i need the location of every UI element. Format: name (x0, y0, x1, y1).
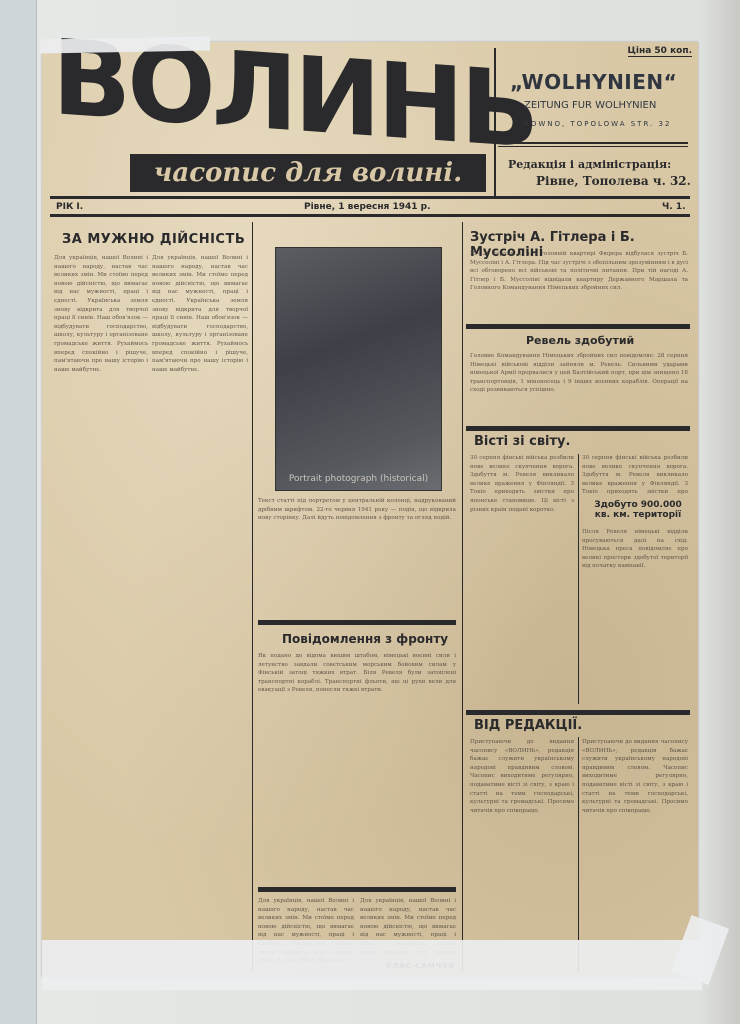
price-label: Ціна 50 коп. (628, 46, 692, 57)
portrait-photo: Portrait photograph (historical) (275, 247, 442, 491)
rule (498, 146, 688, 147)
territory-headline: Здобуто 900.000 кв. км. території (590, 500, 686, 520)
rule (258, 887, 456, 892)
binder-edge (0, 0, 37, 1024)
newspaper-subtitle: часопис для волині. (130, 154, 486, 192)
column-divider (252, 222, 253, 972)
column-divider (462, 222, 463, 972)
german-subtitle: ZEITUNG FUR WOLHYNIEN (524, 100, 656, 111)
lead-text-col2: Для українців, нашої Волині і нашого нар… (152, 254, 248, 974)
front-headline: Повідомлення з фронту (282, 632, 448, 646)
center-article-text: Текст статті під портретом у центральній… (258, 497, 456, 617)
editorial-text-col2: Приступаючи до видання часопису «ВОЛИНЬ»… (582, 738, 688, 972)
dateline-rule-top (50, 196, 690, 199)
editorial-label: Редакція і адміністрація: (508, 158, 671, 171)
revel-headline: Ревель здобутий (526, 334, 634, 347)
lead-headline: ЗА МУЖНЮ ДІЙСНІСТЬ (62, 232, 245, 247)
column-divider (578, 737, 579, 972)
revel-text: Головне Командування Німецьких збройних … (470, 352, 688, 422)
rule (498, 142, 688, 144)
editorial-address: Рівне, Тополева ч. 32. (536, 174, 691, 188)
front-text: Як подано до відома вищим штабом, німець… (258, 652, 456, 882)
world-text: 30 серпня фінські війська розбили нове в… (470, 454, 574, 704)
rule (258, 620, 456, 625)
world-text-cont: 30 серпня фінські війська розбили нове в… (582, 454, 688, 494)
dateline-rule-bottom (50, 214, 690, 217)
german-address: ROWNO, TOPOLOWA STR. 32 (524, 120, 671, 128)
territory-text: Після Ревеля німецькі відділи просувають… (582, 528, 688, 708)
rule (466, 426, 690, 431)
place-date: Рівне, 1 вересня 1941 р. (304, 202, 431, 212)
year-label: РІК І. (56, 202, 83, 212)
issue-number: Ч. 1. (662, 202, 686, 212)
world-headline: Вісті зі світу. (474, 434, 570, 449)
tape-strip (42, 940, 702, 990)
newspaper-page: ВОЛИНЬ часопис для волині. Ціна 50 коп. … (42, 42, 698, 977)
masthead: ВОЛИНЬ часопис для волині. (52, 48, 492, 196)
editorial-text-col1: Приступаючи до видання часопису «ВОЛИНЬ»… (470, 738, 574, 972)
lead-text-col1: Для українців, нашої Волині і нашого нар… (54, 254, 148, 974)
rule (466, 710, 690, 715)
german-title: „WOLHYNIEN“ (510, 70, 677, 94)
portrait-caption: Portrait photograph (historical) (283, 468, 434, 490)
meeting-text: 25—29 серпня ц. р. в головній квартирі Ф… (470, 250, 688, 320)
rule (466, 324, 690, 329)
masthead-divider (494, 48, 496, 198)
editorial-headline: ВІД РЕДАКЦІЇ. (474, 718, 582, 733)
tape-strip (40, 37, 210, 54)
column-divider (578, 454, 579, 704)
